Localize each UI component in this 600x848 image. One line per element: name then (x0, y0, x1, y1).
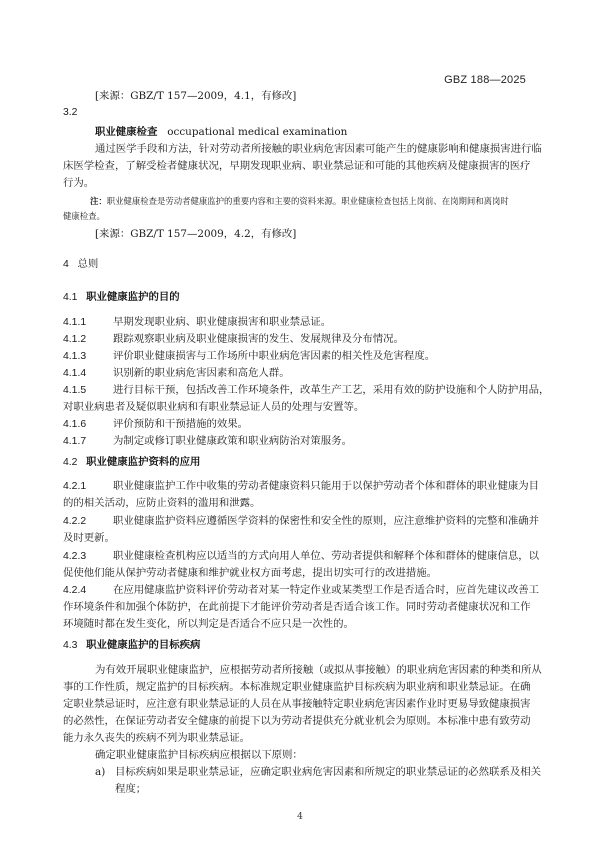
clause: 4.2.3职业健康检查机构应以适当的方式向用人单位、劳动者提供和解释个体和群体的… (63, 548, 533, 566)
chapter-title: 总则 (77, 259, 98, 270)
note-text: 职业健康检查是劳动者健康监护的重要内容和主要的资料来源。职业健康检查包括上岗前、… (107, 196, 509, 206)
section-heading: 4.3 职业健康监护的目标疾病 (63, 638, 513, 655)
note-label: 注： (90, 196, 107, 206)
clause: 4.1.1早期发现职业病、职业健康损害和职业禁忌证。 (63, 314, 513, 332)
term-chinese: 职业健康检查 (95, 127, 157, 138)
clause: 4.2.2职业健康监护资料应遵循医学资料的保密性和安全性的原则，应注意维护资料的… (63, 513, 533, 531)
clause: 4.1.6评价预防和干预措施的效果。 (63, 416, 513, 434)
document-page: GBZ 188—2025 [来源：GBZ/T 157—2009，4.1，有修改]… (0, 0, 600, 848)
clause-cont: 环境随时都在发生变化，所以判定是否适合不应只是一次性的。 (63, 616, 513, 633)
clause: 4.1.7为制定或修订职业健康政策和职业病防治对策服务。 (63, 433, 513, 451)
clause-cont: 促使他们能从保护劳动者健康和维护就业权方面考虑，提出切实可行的改进措施。 (63, 565, 513, 582)
term-number: 3.2 (63, 105, 513, 122)
section-title: 职业健康监护的目标疾病 (86, 640, 200, 651)
section-title: 职业健康监护资料的应用 (86, 457, 200, 468)
clause: 4.1.3评价职业健康损害与工作场所中职业病危害因素的相关性及危害程度。 (63, 348, 513, 366)
list-marker: a) (95, 764, 115, 781)
source-citation: [来源：GBZ/T 157—2009，4.1，有修改] (95, 88, 545, 105)
chapter-number: 4 (63, 259, 69, 270)
definition-line: 行为。 (63, 175, 513, 192)
section-number: 4.1 (63, 292, 77, 303)
section-number: 4.3 (63, 640, 77, 651)
clause: 4.2.1职业健康监护工作中收集的劳动者健康资料只能用于以保护劳动者个体和群体的… (63, 478, 533, 496)
document-code: GBZ 188—2025 (444, 74, 526, 86)
section-number: 4.2 (63, 457, 77, 468)
clause-cont: 作环境条件和加强个体防护，在此前提下才能评价劳动者是否适合该工作。同时劳动者健康… (63, 599, 533, 616)
clause: 4.2.4在应用健康监护资料评价劳动者对某一特定作业或某类型工作是否适合时，应首… (63, 582, 533, 600)
definition-line: 通过医学手段和方法，针对劳动者所接触的职业病危害因素可能产生的健康影响和健康损害… (95, 141, 531, 158)
note: 注：职业健康检查是劳动者健康监护的重要内容和主要的资料来源。职业健康检查包括上岗… (90, 194, 540, 208)
list-item-a-cont: 程度； (115, 781, 565, 798)
list-item-a: a)目标疾病如果是职业禁忌证，应确定职业病危害因素和所规定的职业禁忌证的必然联系… (95, 764, 535, 781)
clause: 4.1.2跟踪观察职业病及职业健康损害的发生、发展规律及分布情况。 (63, 331, 513, 349)
paragraph-line: 能力永久丧失的疾病不列为职业禁忌证。 (63, 730, 513, 747)
definition-line: 床医学检查，了解受检者健康状况，早期发现职业病、职业禁忌证和可能的其他疾病及健康… (63, 158, 531, 175)
clause: 4.1.4识别新的职业病危害因素和高危人群。 (63, 365, 513, 383)
clause-cont: 对职业病患者及疑似职业病和有职业禁忌证人员的处理与安置等。 (63, 399, 513, 416)
paragraph-line: 事的工作性质，规定监护的目标疾病。本标准规定职业健康监护目标疾病为职业病和职业禁… (63, 679, 533, 696)
source-citation: [来源：GBZ/T 157—2009，4.2，有修改] (95, 226, 545, 243)
paragraph-line: 为有效开展职业健康监护，应根据劳动者所接触（或拟从事接触）的职业病危害因素的种类… (95, 662, 533, 679)
clause: 4.1.5进行目标干预，包括改善工作环境条件，改革生产工艺，采用有效的防护设施和… (63, 382, 533, 400)
chapter-heading: 4 总则 (63, 257, 513, 274)
paragraph-line: 的必然性，在保证劳动者安全健康的前提下以为劳动者提供充分就业机会为原则。本标准中… (63, 713, 533, 730)
section-heading: 4.2 职业健康监护资料的应用 (63, 455, 513, 472)
term-heading: 职业健康检查 occupational medical examination (95, 124, 545, 142)
paragraph-line: 定职业禁忌证时，应注意有职业禁忌证的人员在从事接触特定职业病危害因素作业时更易导… (63, 696, 533, 713)
section-heading: 4.1 职业健康监护的目的 (63, 290, 513, 307)
clause-cont: 的的相关活动，应防止资料的滥用和泄露。 (63, 495, 513, 512)
section-title: 职业健康监护的目的 (86, 292, 180, 303)
page-number: 4 (0, 812, 600, 822)
note-text-cont: 健康检查。 (63, 209, 513, 223)
clause-cont: 及时更新。 (63, 530, 513, 547)
paragraph-line: 确定职业健康监护目标疾病应根据以下原则： (95, 747, 545, 764)
term-english: occupational medical examination (167, 126, 347, 138)
